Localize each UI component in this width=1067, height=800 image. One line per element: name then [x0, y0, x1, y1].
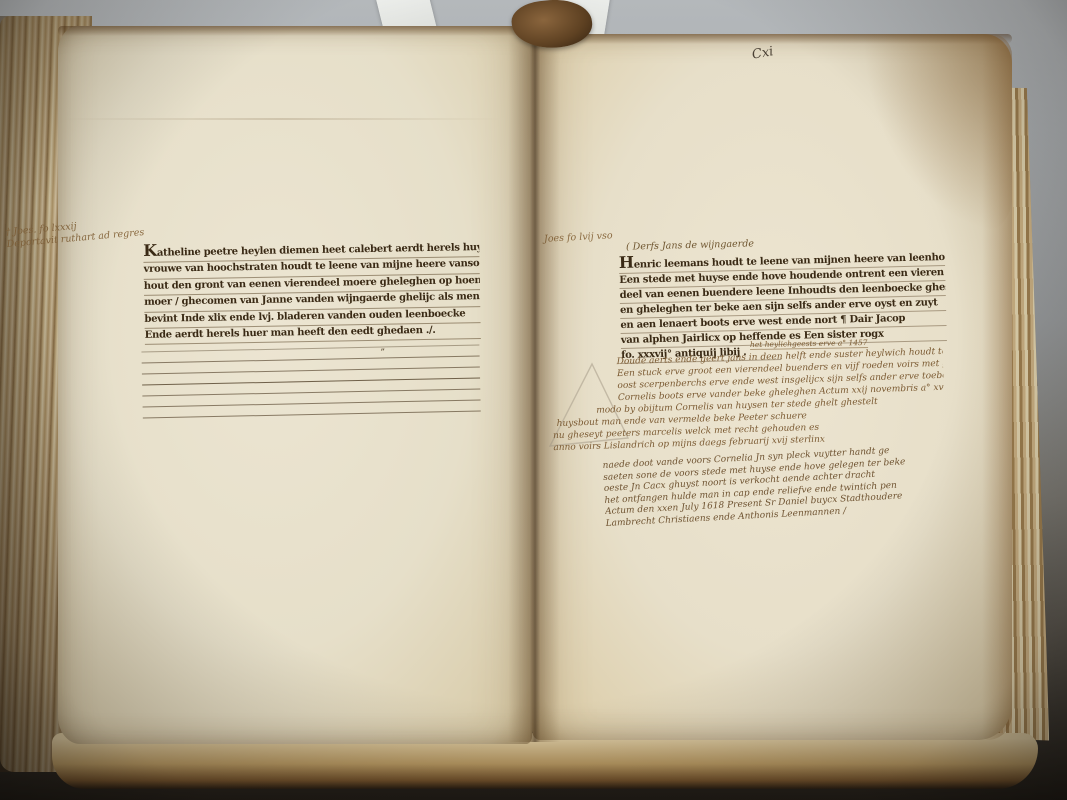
gutter-shadow	[508, 28, 560, 742]
interlinear-heading-note: ( Derfs Jans de wijngaerde	[626, 238, 754, 252]
ruled-line	[142, 377, 480, 385]
ruled-line	[142, 355, 480, 363]
ditto-mark: „	[380, 342, 385, 352]
right-entry-block-2: Doude aerts ende geert jans in deen helf…	[551, 346, 946, 454]
ruled-line	[142, 388, 480, 396]
right-entry-block-3: naede doot vande voors Cornelia Jn syn p…	[602, 443, 949, 530]
left-page: Katheline peetre heylen diemen heet cale…	[58, 26, 532, 744]
ruled-line	[141, 344, 479, 352]
manuscript-photo: Katheline peetre heylen diemen heet cale…	[0, 0, 1067, 800]
ruled-line	[142, 366, 480, 374]
ruled-line	[143, 410, 481, 418]
blank-ruled-lines: „	[141, 334, 481, 418]
folio-number: Cxi	[751, 44, 775, 62]
page-crease	[62, 118, 502, 120]
right-page-edge-stain	[982, 34, 1012, 740]
right-page: Cxi Joes fo lvij vso ( Derfs Jans de wij…	[532, 34, 1012, 740]
ruled-line	[143, 399, 481, 407]
left-page-top-stain	[58, 26, 532, 36]
left-entry-block: Katheline peetre heylen diemen heet cale…	[143, 238, 481, 345]
